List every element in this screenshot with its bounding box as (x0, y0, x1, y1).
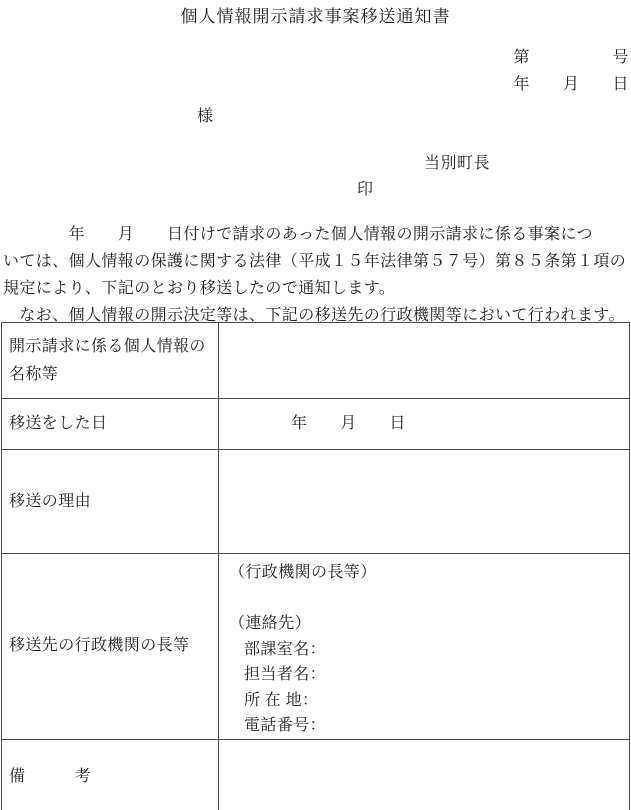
contact-line-address: 所 在 地： (229, 688, 625, 714)
document-page: 個人情報開示請求事案移送通知書 第 号 年 月 日 様 当別町長 印 年 月 日… (0, 0, 631, 810)
page-title: 個人情報開示請求事案移送通知書 (0, 2, 631, 27)
table-row-transfer-destination: 移送先の行政機関の長等 （行政機関の長等） （連絡先） 部課室名： 担当者名： … (2, 554, 630, 740)
contact-line-department: 部課室名： (229, 637, 625, 663)
row-value (219, 323, 630, 399)
table-row-transfer-reason: 移送の理由 (2, 450, 630, 554)
addressee-honorific: 様 (197, 103, 213, 126)
seal-mark: 印 (357, 176, 373, 199)
row-label: 移送をした日 (2, 399, 219, 450)
issue-date-line: 年 月 日 (513, 71, 629, 94)
sender-title: 当別町長 (424, 150, 490, 173)
transfer-details-table: 開示請求に係る個人情報の名称等 移送をした日 年 月 日 移送の理由 移送先の行… (1, 322, 630, 810)
contact-line-contact-header: （連絡先） (229, 611, 625, 637)
table-row-transfer-date: 移送をした日 年 月 日 (2, 399, 630, 450)
table-row-remarks: 備 考 (2, 739, 630, 810)
contact-line-phone: 電話番号： (229, 713, 625, 739)
row-label: 移送の理由 (2, 450, 219, 554)
row-value (219, 739, 630, 810)
body-line: 年 月 日付けで請求のあった個人情報の開示請求に係る事案につ (3, 221, 630, 248)
body-paragraph: 年 月 日付けで請求のあった個人情報の開示請求に係る事案につ いては、個人情報の… (3, 221, 630, 329)
contact-line-agency-head: （行政機関の長等） (229, 560, 625, 586)
row-value (219, 450, 630, 554)
contact-line-person-in-charge: 担当者名： (229, 662, 625, 688)
table-row-personal-info-name: 開示請求に係る個人情報の名称等 (2, 323, 630, 399)
row-label: 開示請求に係る個人情報の名称等 (2, 323, 219, 399)
row-label: 移送先の行政機関の長等 (2, 554, 219, 740)
body-line: 規定により、下記のとおり移送したので通知します。 (3, 275, 630, 302)
body-line: いては、個人情報の保護に関する法律（平成１５年法律第５７号）第８５条第１項の (3, 248, 630, 275)
row-value: 年 月 日 (219, 399, 630, 450)
contact-line-blank (229, 586, 625, 612)
document-number-line: 第 号 (513, 44, 629, 67)
row-value: （行政機関の長等） （連絡先） 部課室名： 担当者名： 所 在 地： 電話番号： (219, 554, 630, 740)
row-label: 備 考 (2, 739, 219, 810)
